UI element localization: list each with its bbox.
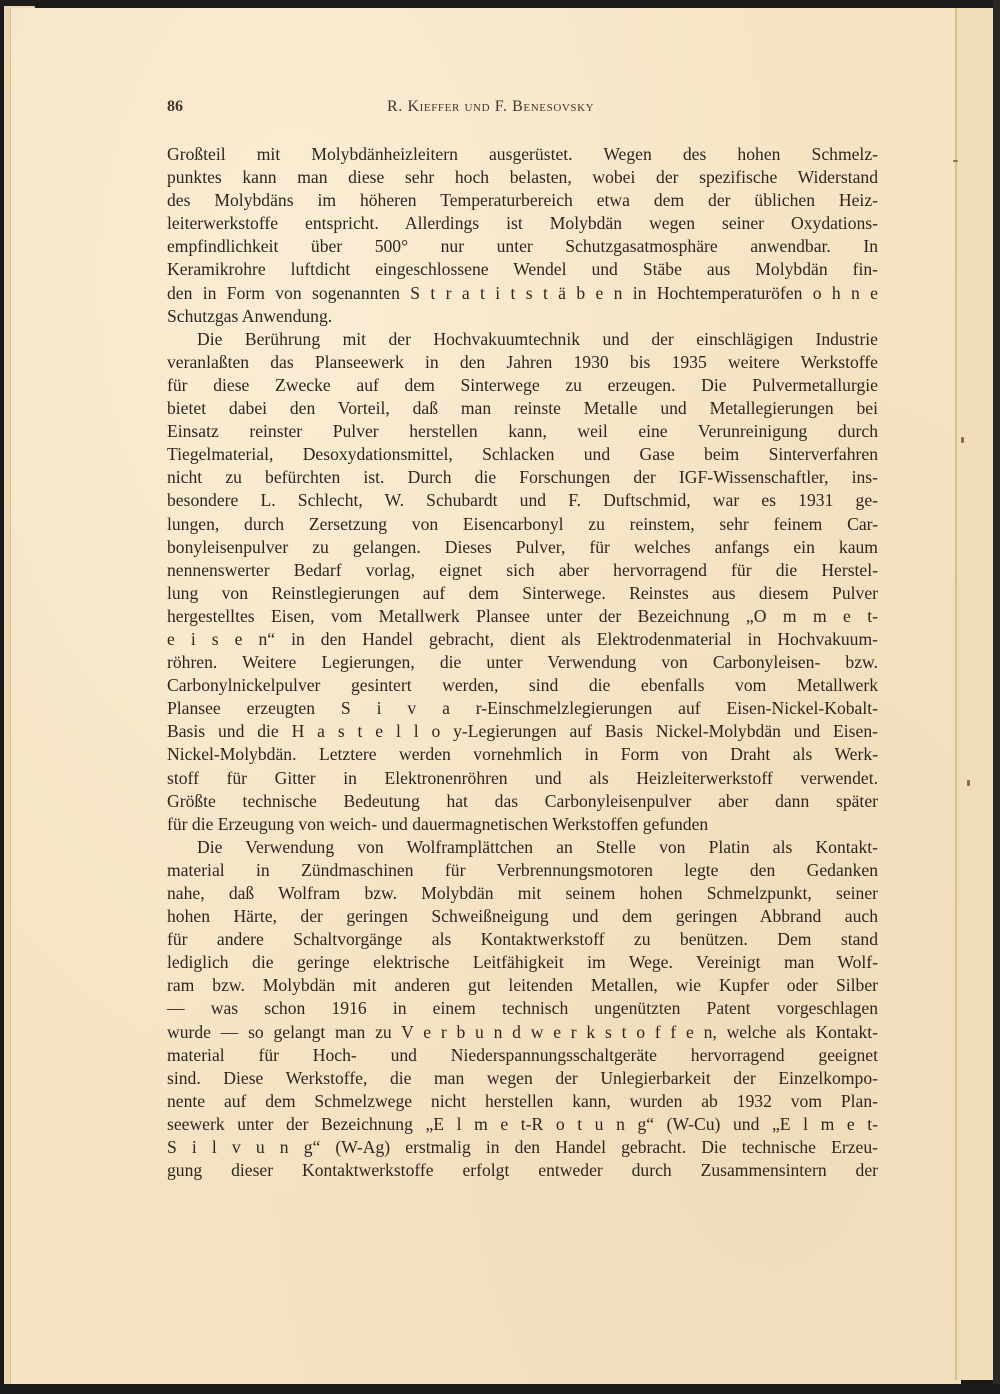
paragraph: Großteil mit Molybdänheizleitern ausgerü…	[167, 143, 878, 328]
text-line: Basis und die H a s t e l l o y-Legierun…	[167, 720, 878, 743]
text-line: lediglich die geringe elektrische Leitfä…	[167, 951, 878, 974]
text-line: Nickel-Molybdän. Letztere werden vornehm…	[167, 743, 878, 766]
body-text: Großteil mit Molybdänheizleitern ausgerü…	[167, 143, 878, 1182]
text-line: Die Verwendung von Wolframplättchen an S…	[167, 836, 878, 859]
text-line: empfindlichkeit über 500° nur unter Schu…	[167, 235, 878, 258]
page-fold-line	[955, 8, 957, 1380]
text-line: e i s e n“ in den Handel gebracht, dient…	[167, 628, 878, 651]
running-title: R. Kieffer und F. Benesovsky	[387, 98, 687, 116]
text-line: Keramikrohre luftdicht eingeschlossene W…	[167, 258, 878, 281]
text-line: bonyleisenpulver zu gelangen. Dieses Pul…	[167, 536, 878, 559]
margin-mark	[967, 780, 970, 786]
text-line: Carbonylnickelpulver gesintert werden, s…	[167, 674, 878, 697]
text-line: besondere L. Schlecht, W. Schubardt und …	[167, 489, 878, 512]
page-number: 86	[167, 98, 183, 116]
text-line: bietet dabei den Vorteil, daß man reinst…	[167, 397, 878, 420]
text-line: nennenswerter Bedarf vorlag, eignet sich…	[167, 559, 878, 582]
text-line: lungen, durch Zersetzung von Eisencarbon…	[167, 513, 878, 536]
text-line: punktes kann man diese sehr hoch belaste…	[167, 166, 878, 189]
text-line: den in Form von sogenannten S t r a t i …	[167, 282, 878, 305]
text-line: wurde — so gelangt man zu V e r b u n d …	[167, 1021, 878, 1044]
text-line: Schutzgas Anwendung.	[167, 305, 878, 328]
text-line: für andere Schaltvorgänge als Kontaktwer…	[167, 928, 878, 951]
text-line: seewerk unter der Bezeichnung „E l m e t…	[167, 1113, 878, 1136]
text-line: Großteil mit Molybdänheizleitern ausgerü…	[167, 143, 878, 166]
text-line: veranlaßten das Planseewerk in den Jahre…	[167, 351, 878, 374]
text-line: leiterwerkstoffe entspricht. Allerdings …	[167, 212, 878, 235]
text-line: für die Erzeugung von weich- und dauerma…	[167, 813, 878, 836]
text-line: Größte technische Bedeutung hat das Carb…	[167, 790, 878, 813]
paragraph: Die Berührung mit der Hochvakuumtechnik …	[167, 328, 878, 836]
text-line: Tiegelmaterial, Desoxydationsmittel, Sch…	[167, 443, 878, 466]
text-line: nahe, daß Wolfram bzw. Molybdän mit sein…	[167, 882, 878, 905]
text-line: Plansee erzeugten S i v a r-Einschmelzle…	[167, 697, 878, 720]
text-line: hergestelltes Eisen, vom Metallwerk Plan…	[167, 605, 878, 628]
text-line: für diese Zwecke auf dem Sinterwege zu e…	[167, 374, 878, 397]
text-line: hohen Härte, der geringen Schweißneigung…	[167, 905, 878, 928]
margin-mark	[961, 437, 964, 443]
text-line: Einsatz reinster Pulver herstellen kann,…	[167, 420, 878, 443]
text-line: ram bzw. Molybdän mit anderen gut leiten…	[167, 974, 878, 997]
text-line: material für Hoch- und Niederspannungssc…	[167, 1044, 878, 1067]
scanned-page: 86 R. Kieffer und F. Benesovsky Großteil…	[0, 0, 1000, 1394]
text-line: — was schon 1916 in einem technisch unge…	[167, 997, 878, 1020]
text-line: sind. Diese Werkstoffe, die man wegen de…	[167, 1067, 878, 1090]
text-line: nicht zu befürchten ist. Durch die Forsc…	[167, 466, 878, 489]
text-line: Die Berührung mit der Hochvakuumtechnik …	[167, 328, 878, 351]
paragraph: Die Verwendung von Wolframplättchen an S…	[167, 836, 878, 1182]
text-line: nente auf dem Schmelzwege nicht herstell…	[167, 1090, 878, 1113]
text-line: gung dieser Kontaktwerkstoffe erfolgt en…	[167, 1159, 878, 1182]
adjacent-page-strip	[957, 8, 994, 1380]
text-line: stoff für Gitter in Elektronenröhren und…	[167, 767, 878, 790]
text-line: röhren. Weitere Legierungen, die unter V…	[167, 651, 878, 674]
text-line: des Molybdäns im höheren Temperaturberei…	[167, 189, 878, 212]
text-line: S i l v u n g“ (W-Ag) erstmalig in den H…	[167, 1136, 878, 1159]
margin-mark	[953, 160, 958, 162]
scan-top-border	[0, 0, 1000, 8]
scan-bottom-border	[0, 1384, 1000, 1394]
text-line: material in Zündmaschinen für Verbrennun…	[167, 859, 878, 882]
scan-right-border	[993, 0, 1000, 1394]
text-line: lung von Reinstlegierungen auf dem Sinte…	[167, 582, 878, 605]
running-head: 86 R. Kieffer und F. Benesovsky	[167, 98, 877, 120]
